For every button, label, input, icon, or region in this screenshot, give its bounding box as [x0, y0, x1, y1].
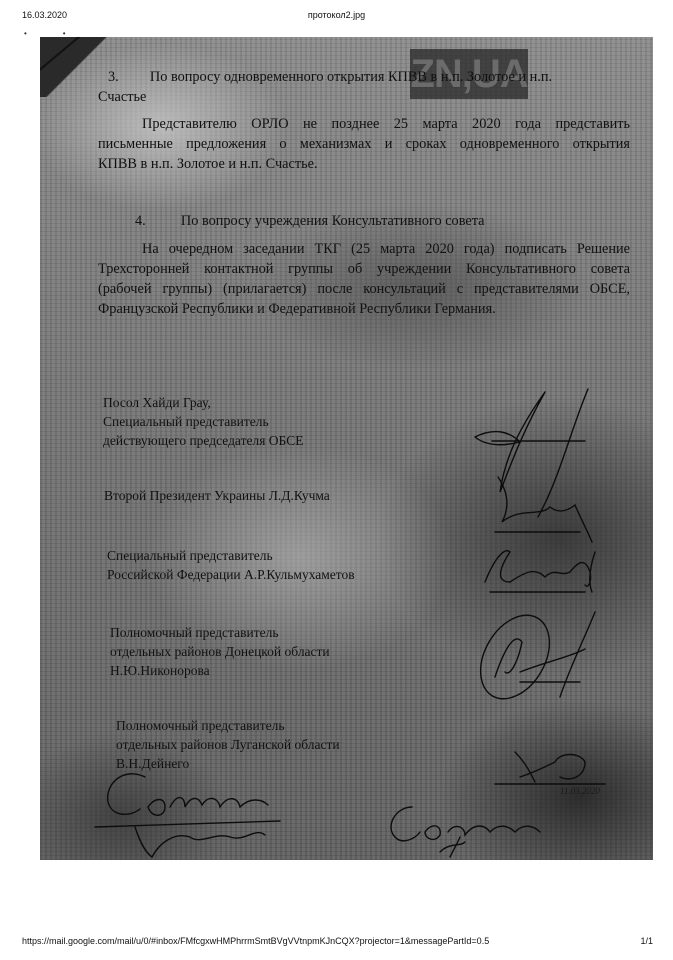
- print-footer: https://mail.google.com/mail/u/0/#inbox/…: [0, 936, 673, 950]
- signature-grau: [475, 389, 588, 517]
- signature-nikonorova: [467, 603, 595, 711]
- handwritten-date: 11.03.2020: [560, 786, 600, 796]
- print-url: https://mail.google.com/mail/u/0/#inbox/…: [22, 936, 489, 946]
- handwritten-approval-right: [391, 807, 540, 857]
- scanned-document: ZN,UA 3. По вопросу одновременного откры…: [40, 37, 653, 860]
- print-title: протокол2.jpg: [0, 10, 673, 20]
- signature-kuchma: [495, 477, 592, 542]
- signature-kulmukhametov: [485, 551, 595, 592]
- handwritten-signatures: 11.03.2020: [40, 37, 653, 860]
- print-header: 16.03.2020 протокол2.jpg: [0, 10, 673, 24]
- print-page-number: 1/1: [640, 936, 653, 946]
- signature-deynego: [495, 752, 605, 784]
- handwritten-approval-left: [95, 774, 280, 857]
